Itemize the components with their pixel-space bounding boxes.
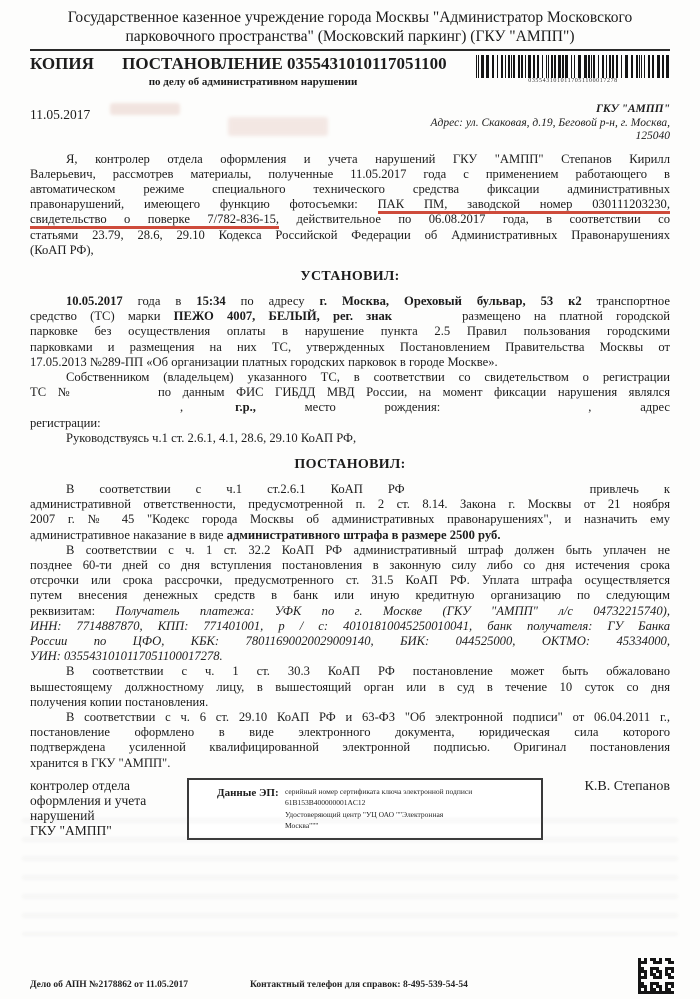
text-segment: реквизитам:: [30, 604, 116, 618]
text-segment: административной ответственности, предус…: [30, 497, 670, 511]
text-segment: отсрочки или срока рассрочки, предусмотр…: [30, 573, 670, 587]
text-segment: В соответствии с ч. 6 ст. 29.10 КоАП РФ …: [66, 710, 670, 724]
text-line: позднее 60-ти дней со дня вступления пос…: [30, 558, 670, 573]
redacted-blank: [440, 410, 588, 411]
signer-title-line: ГКУ "АМПП": [30, 823, 185, 838]
barcode-number: 0355431010117051100017278: [476, 78, 670, 85]
digital-signature-box: Данные ЭП: серийный номер сертификата кл…: [187, 778, 543, 840]
text-line: (КоАП РФ),: [30, 243, 670, 258]
org-short-name: ГКУ "АМПП": [431, 103, 670, 117]
text-segment: России по ЦФО, КБК: 78011690020029009140…: [30, 634, 670, 648]
paragraph: Руководствуясь ч.1 ст. 2.6.1, 4.1, 28.6,…: [30, 431, 670, 446]
text-segment: В соответствии с ч. 1 ст. 30.3 КоАП РФ п…: [66, 664, 670, 678]
text-segment: 17.05.2013 №289-ПП «Об организации платн…: [30, 355, 498, 369]
text-segment: правонарушений, имеющего функцию фотосъе…: [30, 197, 378, 211]
paragraph: В соответствии с ч. 1 ст. 32.2 КоАП РФ а…: [30, 543, 670, 665]
case-number: Дело об АПН №2178862 от 11.05.2017: [30, 980, 250, 990]
text-line: В соответствии с ч. 1 ст. 30.3 КоАП РФ п…: [30, 664, 670, 679]
text-segment: г.р.,: [235, 400, 256, 414]
text-segment: ПАК ПМ, заводской номер 030111203230,: [378, 197, 670, 211]
text-segment: по данным ФИС ГИБДД МВД России, на момен…: [158, 385, 670, 399]
text-segment: ПЕЖО 4007, БЕЛЫЙ, рег. знак: [174, 309, 392, 323]
text-segment: административное наказание в виде: [30, 528, 227, 542]
text-line: реквизитам: Получатель платежа: УФК по г…: [30, 604, 670, 619]
ep-detail-line: Удостоверяющий центр "УЦ ОАО ""Электронн…: [285, 809, 472, 821]
text-line: Собственником (владельцем) указанного ТС…: [30, 370, 670, 385]
text-line: УИН: 0355431010117051100017278.: [30, 649, 670, 664]
text-line: Руководствуясь ч.1 ст. 2.6.1, 4.1, 28.6,…: [30, 431, 670, 446]
text-segment: место рождения:: [256, 400, 440, 414]
barcode: 0355431010117051100017278: [476, 54, 670, 85]
text-segment: размещено на платной городской: [462, 309, 670, 323]
text-segment: 15:34: [196, 294, 225, 308]
text-segment: подтверждена усиленной квалифицированной…: [30, 740, 670, 754]
digital-signature-details: серийный номер сертификата ключа электро…: [285, 785, 472, 832]
text-line: средство (ТС) марки ПЕЖО 4007, БЕЛЫЙ, ре…: [30, 309, 670, 324]
text-segment: постановление оформлено в виде электронн…: [30, 725, 670, 739]
paragraph: В соответствии с ч. 6 ст. 29.10 КоАП РФ …: [30, 710, 670, 771]
text-line: административное наказание в виде админи…: [30, 528, 670, 543]
text-line: В соответствии с ч. 6 ст. 29.10 КоАП РФ …: [30, 710, 670, 725]
text-segment: действительное по 06.08.2017 года, в соо…: [279, 212, 670, 226]
text-segment: транспортное: [582, 294, 670, 308]
text-segment: путем внесения денежных средств в банк и…: [30, 588, 670, 602]
barcode-bars-icon: [476, 55, 670, 78]
text-segment: Получатель платежа: УФК по г. Москве (ГК…: [116, 604, 670, 618]
text-line: подтверждена усиленной квалифицированной…: [30, 740, 670, 755]
paragraph: В соответствии с ч. 1 ст. 30.3 КоАП РФ п…: [30, 664, 670, 710]
org-address-line2: 125040: [431, 130, 670, 144]
redacted-blank: [183, 410, 235, 411]
text-segment: 2007 г. № 45 "Кодекс города Москвы об ад…: [30, 512, 670, 526]
signer-title-line: контролер отдела: [30, 778, 185, 793]
document-subtitle: по делу об административном нарушении: [30, 75, 476, 89]
signer-title-line: оформления и учета: [30, 793, 185, 808]
org-name-line2: парковочного пространства" (Московский п…: [30, 27, 670, 46]
org-name-line1: Государственное казенное учреждение горо…: [30, 8, 670, 27]
ep-detail-line: серийный номер сертификата ключа электро…: [285, 786, 472, 798]
org-address-line1: Адрес: ул. Скаковая, д.19, Беговой р-н, …: [431, 117, 670, 131]
document-title-line: КОПИЯ ПОСТАНОВЛЕНИЕ 0355431010117051100: [30, 54, 476, 74]
text-segment: Я, контролер отдела оформления и учета н…: [66, 152, 670, 166]
paragraph: Я, контролер отдела оформления и учета н…: [30, 152, 670, 258]
redacted-blank: [405, 492, 590, 493]
text-line: регистрации:: [30, 416, 670, 431]
signer-title-line: нарушений: [30, 808, 185, 823]
text-line: Я, контролер отдела оформления и учета н…: [30, 152, 670, 167]
redacted-blank: [30, 410, 180, 411]
qr-code-icon: [638, 958, 674, 994]
text-segment: вышестоящему должностному лицу, в вышест…: [30, 680, 670, 694]
text-line: В соответствии с ч. 1 ст. 32.2 КоАП РФ а…: [30, 543, 670, 558]
title-block: КОПИЯ ПОСТАНОВЛЕНИЕ 0355431010117051100 …: [30, 54, 476, 89]
text-segment: автоматическом режиме специального техни…: [30, 182, 670, 196]
document-date: 11.05.2017: [30, 103, 90, 144]
signer-title: контролер отдела оформления и учета нару…: [30, 778, 185, 838]
org-address-block: ГКУ "АМПП" Адрес: ул. Скаковая, д.19, Бе…: [431, 103, 670, 144]
redacted-blank: [78, 395, 158, 396]
text-line: 17.05.2013 №289-ПП «Об организации платн…: [30, 355, 670, 370]
document-number: 0355431010117051100: [287, 54, 447, 73]
text-segment: ,: [180, 400, 183, 414]
text-segment: средство (ТС) марки: [30, 309, 174, 323]
text-line: ИНН: 7714887870, КПП: 771401001, р / с: …: [30, 619, 670, 634]
copy-label: КОПИЯ: [30, 54, 94, 73]
text-segment: позднее 60-ти дней со дня вступления пос…: [30, 558, 670, 572]
text-line: России по ЦФО, КБК: 78011690020029009140…: [30, 634, 670, 649]
text-line: В соответствии с ч.1 ст.2.6.1 КоАП РФпри…: [30, 482, 670, 497]
text-line: ,г.р., место рождения:, адрес: [30, 400, 670, 415]
paragraph: В соответствии с ч.1 ст.2.6.1 КоАП РФпри…: [30, 482, 670, 543]
text-segment: (КоАП РФ),: [30, 243, 94, 257]
document-body: Я, контролер отдела оформления и учета н…: [30, 152, 670, 771]
text-line: административной ответственности, предус…: [30, 497, 670, 512]
text-segment: по адресу: [226, 294, 320, 308]
section-heading: УСТАНОВИЛ:: [30, 268, 670, 285]
text-segment: г. Москва, Ореховый бульвар, 53 к2: [320, 294, 582, 308]
text-line: вышестоящему должностному лицу, в вышест…: [30, 680, 670, 695]
text-line: путем внесения денежных средств в банк и…: [30, 588, 670, 603]
document-title: ПОСТАНОВЛЕНИЕ: [122, 54, 283, 73]
document-page: Государственное казенное учреждение горо…: [0, 0, 700, 999]
text-segment: Руководствуясь ч.1 ст. 2.6.1, 4.1, 28.6,…: [66, 431, 356, 445]
text-segment: , адрес: [588, 400, 670, 414]
text-segment: свидетельство о поверке 7/782-836-15,: [30, 212, 279, 226]
text-segment: УИН: 0355431010117051100017278.: [30, 649, 223, 663]
text-segment: регистрации:: [30, 416, 101, 430]
text-segment: В соответствии с ч. 1 ст. 32.2 КоАП РФ а…: [66, 543, 670, 557]
signature-block: контролер отдела оформления и учета нару…: [30, 778, 670, 840]
text-line: свидетельство о поверке 7/782-836-15, де…: [30, 212, 670, 227]
ep-detail-line: 61B153B400000001AC12: [285, 797, 472, 809]
ep-detail-line: Москва""": [285, 820, 472, 832]
text-line: автоматическом режиме специального техни…: [30, 182, 670, 197]
text-segment: получения копии постановления.: [30, 695, 208, 709]
contact-phone: Контактный телефон для справок: 8-495-53…: [250, 980, 468, 990]
title-row: КОПИЯ ПОСТАНОВЛЕНИЕ 0355431010117051100 …: [30, 54, 670, 89]
paragraph: 10.05.2017 года в 15:34 по адресу г. Мос…: [30, 294, 670, 370]
text-line: хранится в ГКУ "АМПП".: [30, 756, 670, 771]
text-line: Валерьевич, рассмотрев материалы, получе…: [30, 167, 670, 182]
text-segment: парковками и размещения на них ТС, утвер…: [30, 340, 670, 354]
text-line: 10.05.2017 года в 15:34 по адресу г. Мос…: [30, 294, 670, 309]
text-segment: парковке без осуществления оплаты в нару…: [30, 324, 670, 338]
section-heading: ПОСТАНОВИЛ:: [30, 456, 670, 473]
text-segment: ТС №: [30, 385, 78, 399]
text-line: статьями 23.79, 28.6, 29.10 Кодекса Росс…: [30, 228, 670, 243]
redacted-blank: [392, 319, 462, 320]
text-segment: административного штрафа в размере 2500 …: [227, 528, 501, 542]
text-line: правонарушений, имеющего функцию фотосъе…: [30, 197, 670, 212]
paragraph: Собственником (владельцем) указанного ТС…: [30, 370, 670, 431]
text-line: ТС №по данным ФИС ГИБДД МВД России, на м…: [30, 385, 670, 400]
text-segment: хранится в ГКУ "АМПП".: [30, 756, 170, 770]
text-line: парковке без осуществления оплаты в нару…: [30, 324, 670, 339]
text-segment: Валерьевич, рассмотрев материалы, получе…: [30, 167, 670, 181]
text-line: постановление оформлено в виде электронн…: [30, 725, 670, 740]
digital-signature-label: Данные ЭП:: [217, 785, 285, 832]
text-segment: В соответствии с ч.1 ст.2.6.1 КоАП РФ: [66, 482, 405, 496]
text-segment: привлечь к: [590, 482, 670, 496]
signer-name: К.В. Степанов: [585, 778, 670, 795]
meta-row: 11.05.2017 ГКУ "АМПП" Адрес: ул. Скакова…: [30, 103, 670, 144]
text-segment: статьями 23.79, 28.6, 29.10 Кодекса Росс…: [30, 228, 670, 242]
text-line: парковками и размещения на них ТС, утвер…: [30, 340, 670, 355]
header-divider: [30, 49, 670, 51]
text-line: 2007 г. № 45 "Кодекс города Москвы об ад…: [30, 512, 670, 527]
text-segment: ИНН: 7714887870, КПП: 771401001, р / с: …: [30, 619, 670, 633]
text-segment: года в: [123, 294, 197, 308]
text-segment: Собственником (владельцем) указанного ТС…: [66, 370, 670, 384]
footer: Дело об АПН №2178862 от 11.05.2017 Конта…: [30, 958, 674, 994]
text-line: получения копии постановления.: [30, 695, 670, 710]
text-segment: 10.05.2017: [66, 294, 123, 308]
text-line: отсрочки или срока рассрочки, предусмотр…: [30, 573, 670, 588]
